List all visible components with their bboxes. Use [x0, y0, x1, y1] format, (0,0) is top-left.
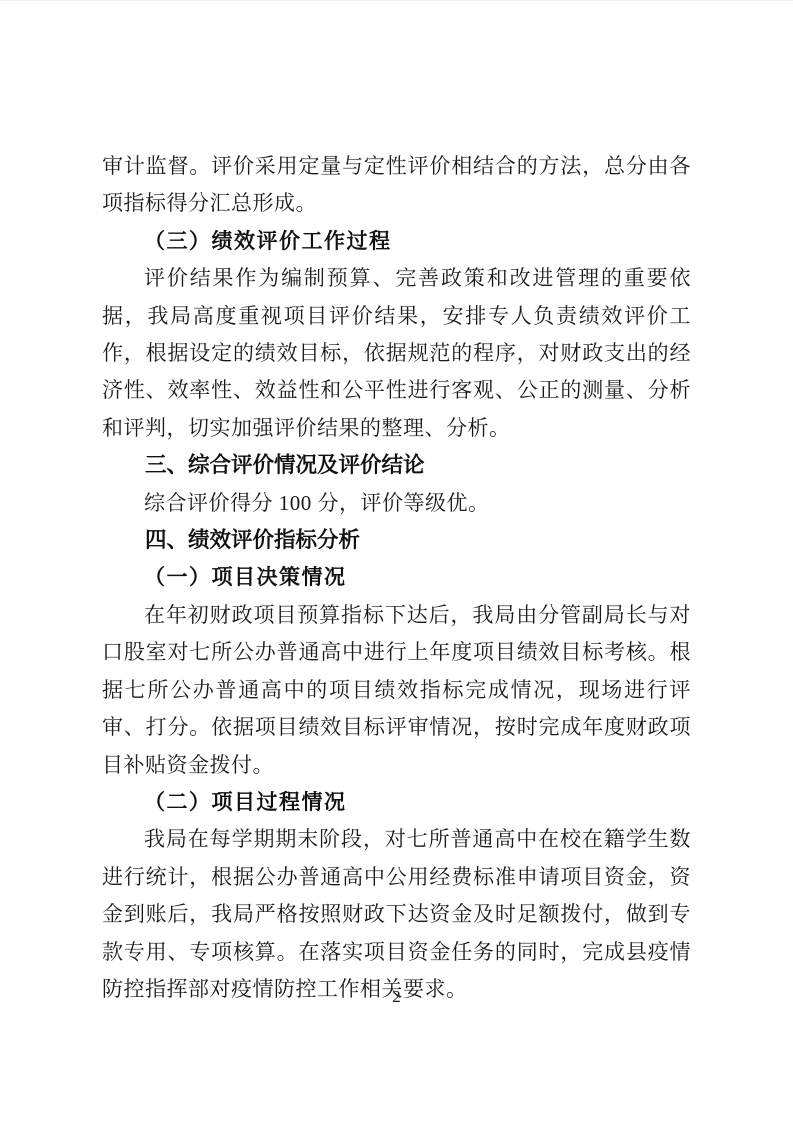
document-page: 审计监督。评价采用定量与定性评价相结合的方法，总分由各项指标得分汇总形成。 （三…	[0, 0, 793, 1122]
page-footer: 2	[0, 985, 793, 1009]
body-paragraph: 评价结果作为编制预算、完善政策和改进管理的重要依据，我局高度重视项目评价结果，安…	[102, 260, 691, 447]
subsection-heading-performance-evaluation-process: （三）绩效评价工作过程	[102, 223, 691, 260]
body-paragraph: 我局在每学期期末阶段，对七所普通高中在校在籍学生数进行统计，根据公办普通高中公用…	[102, 821, 691, 1008]
subsection-heading-project-process: （二）项目过程情况	[102, 784, 691, 821]
document-body: 审计监督。评价采用定量与定性评价相结合的方法，总分由各项指标得分汇总形成。 （三…	[102, 148, 691, 1008]
section-heading-overall-evaluation: 三、综合评价情况及评价结论	[102, 447, 691, 484]
body-paragraph-continued: 审计监督。评价采用定量与定性评价相结合的方法，总分由各项指标得分汇总形成。	[102, 148, 691, 223]
page-number: 2	[392, 987, 401, 1006]
body-paragraph: 在年初财政项目预算指标下达后，我局由分管副局长与对口股室对七所公办普通高中进行上…	[102, 597, 691, 784]
section-heading-indicator-analysis: 四、绩效评价指标分析	[102, 522, 691, 559]
subsection-heading-project-decision: （一）项目决策情况	[102, 559, 691, 596]
body-paragraph-score: 综合评价得分 100 分，评价等级优。	[102, 485, 691, 522]
